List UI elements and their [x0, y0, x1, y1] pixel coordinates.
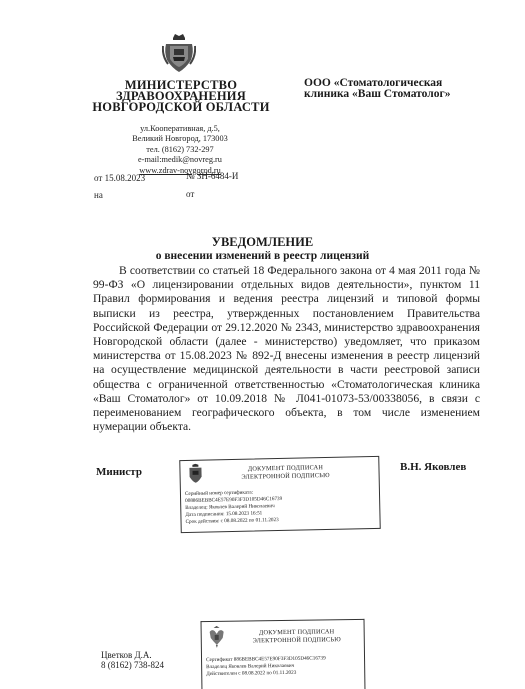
stamp-heading: ДОКУМЕНТ ПОДПИСАН ЭЛЕКТРОННОЙ ПОДПИСЬЮ — [210, 463, 360, 482]
address-email: e-mail:medik@novreg.ru — [100, 155, 260, 165]
russian-double-headed-eagle-icon — [208, 626, 226, 648]
stamp-heading-line: ЭЛЕКТРОННОЙ ПОДПИСЬЮ — [232, 636, 362, 646]
ministry-address: ул.Кооперативная, д.5, Великий Новгород,… — [100, 124, 260, 176]
stamp-details: Серийный номер сертификата: 00886BEBBC4E… — [185, 489, 283, 526]
address-phone: тел. (8162) 732-297 — [100, 145, 260, 155]
recipient: ООО «Стоматологическая клиника «Ваш Стом… — [304, 78, 450, 100]
notice-paragraph: В соответствии со статьей 18 Федеральног… — [93, 264, 480, 434]
executor: Цветков Д.А. 8 (8162) 738-824 — [101, 650, 164, 670]
document-number: № ЗН-6484-И — [186, 171, 238, 181]
document-date: от 15.08.2023 — [94, 173, 145, 183]
stamp-validity: Действителен с 08.08.2022 по 01.11.2023 — [206, 669, 326, 678]
ministry-name: МИНИСТЕРСТВО ЗДРАВООХРАНЕНИЯ НОВГОРОДСКО… — [86, 80, 276, 113]
reply-from-label: от — [186, 189, 194, 199]
stamp-heading: ДОКУМЕНТ ПОДПИСАН ЭЛЕКТРОННОЙ ПОДПИСЬЮ — [232, 628, 362, 646]
notice-subtitle: о внесении изменений в реестр лицензий — [0, 250, 525, 262]
notice-title: УВЕДОМЛЕНИЕ — [0, 235, 525, 250]
stamp-details: Сертификат 886BEBBC4E57E90F3F3D105D46C16… — [206, 655, 326, 678]
electronic-signature-stamp: ДОКУМЕНТ ПОДПИСАН ЭЛЕКТРОННОЙ ПОДПИСЬЮ С… — [179, 456, 380, 533]
signer-name: В.Н. Яковлев — [400, 461, 466, 473]
executor-phone: 8 (8162) 738-824 — [101, 660, 164, 670]
recipient-line: клиника «Ваш Стоматолог» — [304, 89, 450, 100]
reply-on-label: на — [94, 190, 103, 200]
notice-body: В соответствии со статьей 18 Федеральног… — [93, 264, 480, 434]
address-street: ул.Кооперативная, д.5, — [100, 124, 260, 134]
stamp-heading-line: ЭЛЕКТРОННОЙ ПОДПИСЬЮ — [211, 471, 361, 482]
novgorod-coat-of-arms-icon — [187, 464, 203, 484]
stamp-validity: Срок действия: с 08.08.2022 по 01.11.202… — [185, 517, 282, 526]
novgorod-coat-of-arms-icon — [162, 32, 196, 74]
ministry-line: НОВГОРОДСКОЙ ОБЛАСТИ — [86, 102, 276, 113]
electronic-signature-footer-stamp: ДОКУМЕНТ ПОДПИСАН ЭЛЕКТРОННОЙ ПОДПИСЬЮ С… — [201, 619, 366, 689]
address-city: Великий Новгород, 173003 — [100, 134, 260, 144]
executor-name: Цветков Д.А. — [101, 650, 164, 660]
signer-position: Министр — [96, 466, 142, 478]
